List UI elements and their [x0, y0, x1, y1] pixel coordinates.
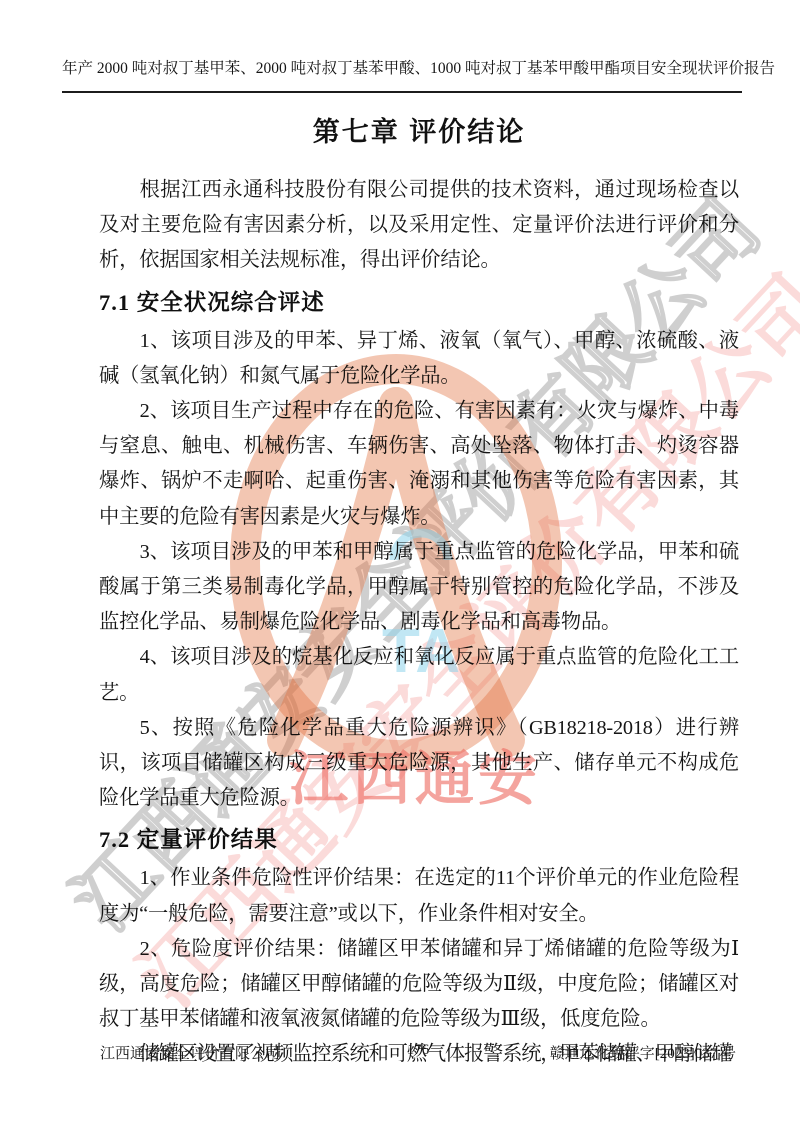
paragraph-7-1-item-5: 5、按照《危险化学品重大危险源辨识》（GB18218-2018）进行辨识，该项目… [99, 711, 739, 817]
page-footer: 江西通安安全评价有限公司 176 赣通危化现评字[2023]037 号 [100, 1042, 736, 1063]
page-content: 第七章 评价结论 根据江西永通科技股份有限公司提供的技术资料，通过现场检查以及对… [99, 110, 739, 1073]
chapter-title: 第七章 评价结论 [99, 110, 739, 149]
section-heading-7-2: 7.2 定量评价结果 [99, 822, 739, 857]
paragraph-7-2-item-2: 2、危险度评价结果：储罐区甲苯储罐和异丁烯储罐的危险等级为Ⅰ级，高度危险；储罐区… [99, 932, 739, 1038]
paragraph-7-1-item-4: 4、该项目涉及的烷基化反应和氧化反应属于重点监管的危险化工工艺。 [99, 640, 739, 710]
footer-page-number: 176 [100, 1042, 736, 1059]
intro-paragraph: 根据江西永通科技股份有限公司提供的技术资料，通过现场检查以及对主要危险有害因素分… [99, 173, 739, 279]
section-heading-7-1: 7.1 安全状况综合评述 [99, 285, 739, 320]
paragraph-7-1-item-2: 2、该项目生产过程中存在的危险、有害因素有：火灾与爆炸、中毒与窒息、触电、机械伤… [99, 394, 739, 535]
paragraph-7-1-item-1: 1、该项目涉及的甲苯、异丁烯、液氧（氧气）、甲醇、浓硫酸、液碱（氢氧化钠）和氮气… [99, 324, 739, 394]
report-header-title: 年产 2000 吨对叔丁基甲苯、2000 吨对叔丁基苯甲酸、1000 吨对叔丁基… [62, 60, 775, 77]
report-page: 年产 2000 吨对叔丁基甲苯、2000 吨对叔丁基苯甲酸、1000 吨对叔丁基… [0, 0, 800, 1131]
paragraph-7-2-item-1: 1、作业条件危险性评价结果：在选定的11个评价单元的作业危险程度为“一般危险，需… [99, 861, 739, 931]
report-header: 年产 2000 吨对叔丁基甲苯、2000 吨对叔丁基苯甲酸、1000 吨对叔丁基… [62, 56, 742, 93]
paragraph-7-1-item-3: 3、该项目涉及的甲苯和甲醇属于重点监管的危险化学品，甲苯和硫酸属于第三类易制毒化… [99, 535, 739, 641]
